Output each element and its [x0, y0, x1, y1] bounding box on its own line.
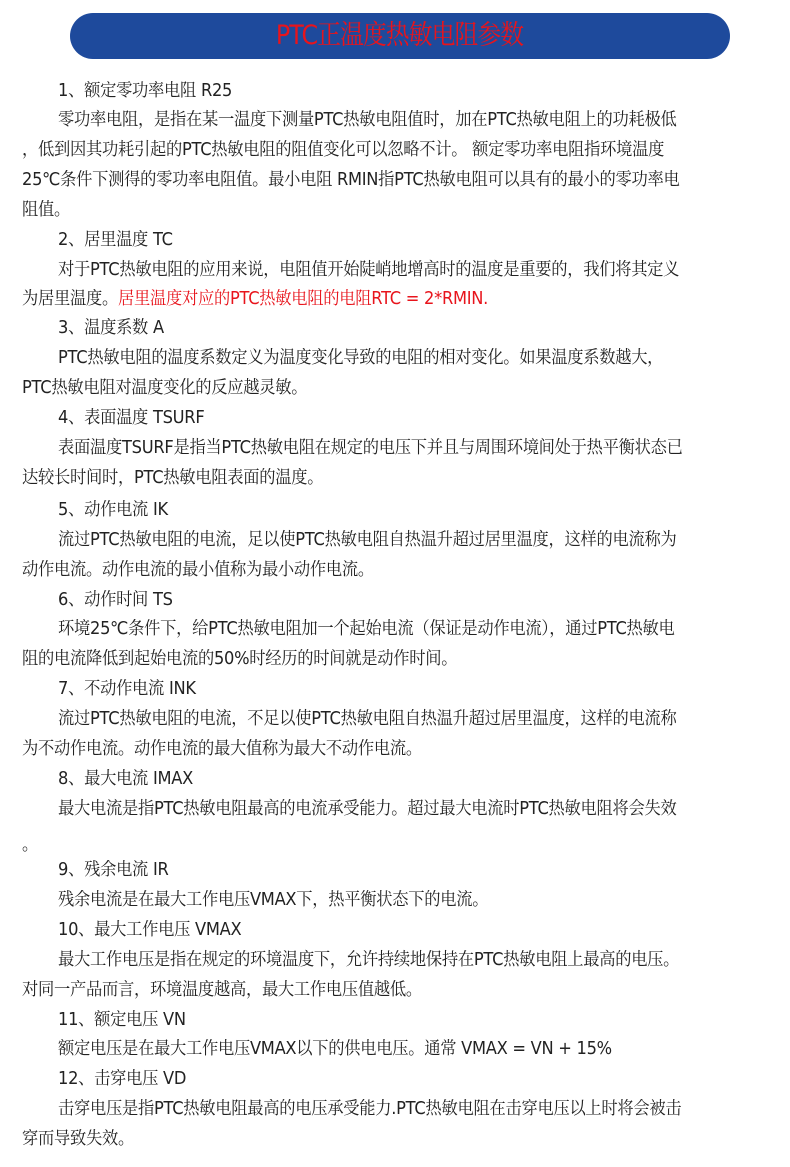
section-body-line: 阻值。 [22, 196, 70, 224]
section-heading-vn: 11、额定电压 VN [58, 1006, 186, 1034]
section-heading-a: 3、温度系数 A [58, 314, 164, 342]
section-heading-ik: 5、动作电流 IK [58, 496, 168, 524]
section-body-line: 达较长时间时，PTC热敏电阻表面的温度。 [22, 464, 323, 492]
section-heading-vd: 12、击穿电压 VD [58, 1065, 186, 1093]
section-body-line: 残余电流是在最大工作电压VMAX下，热平衡状态下的电流。 [58, 886, 488, 914]
section-body-line: PTC热敏电阻对温度变化的反应越灵敏。 [22, 374, 307, 402]
section-body-line: 对同一产品而言，环境温度越高，最大工作电压值越低。 [22, 976, 422, 1004]
section-heading-ir: 9、残余电流 IR [58, 856, 169, 884]
section-body-line: ，低到因其功耗引起的PTC热敏电阻的阻值变化可以忽略不计。 额定零功率电阻指环境… [22, 136, 664, 164]
highlight-text-rtc: 居里温度对应的PTC热敏电阻的电阻RTC = 2*RMIN. [118, 289, 488, 309]
section-heading-ink: 7、不动作电流 INK [58, 675, 196, 703]
section-body-line: 流过PTC热敏电阻的电流，足以使PTC热敏电阻自热温升超过居里温度，这样的电流称… [58, 526, 677, 554]
title-banner: PTC正温度热敏电阻参数 [70, 13, 730, 59]
section-body-line: 对于PTC热敏电阻的应用来说，电阻值开始陡峭地增高时的温度是重要的，我们将其定义 [58, 256, 679, 284]
section-body-line: 穿而导致失效。 [22, 1125, 134, 1153]
section-heading-r25: 1、额定零功率电阻 R25 [58, 77, 232, 105]
section-body-line: 表面温度TSURF是指当PTC热敏电阻在规定的电压下并且与周围环境间处于热平衡状… [58, 434, 683, 462]
section-body-line: 最大电流是指PTC热敏电阻最高的电流承受能力。超过最大电流时PTC热敏电阻将会失… [58, 795, 677, 823]
section-heading-tc: 2、居里温度 TC [58, 226, 173, 254]
section-body-line: 为居里温度。居里温度对应的PTC热敏电阻的电阻RTC = 2*RMIN. [22, 285, 488, 313]
section-body-line: 流过PTC热敏电阻的电流，不足以使PTC热敏电阻自热温升超过居里温度，这样的电流… [58, 705, 677, 733]
section-heading-vmax: 10、最大工作电压 VMAX [58, 916, 241, 944]
section-body-line: 。 [22, 831, 38, 859]
page-title: PTC正温度热敏电阻参数 [276, 13, 523, 59]
section-heading-imax: 8、最大电流 IMAX [58, 765, 193, 793]
section-body-line: 额定电压是在最大工作电压VMAX以下的供电电压。通常 VMAX = VN + 1… [58, 1035, 612, 1063]
section-body-line: PTC热敏电阻的温度系数定义为温度变化导致的电阻的相对变化。如果温度系数越大， [58, 344, 663, 372]
section-body-line: 动作电流。动作电流的最小值称为最小动作电流。 [22, 556, 374, 584]
section-body-line: 25℃条件下测得的零功率电阻值。最小电阻 RMIN指PTC热敏电阻可以具有的最小… [22, 166, 679, 194]
section-body-line: 击穿电压是指PTC热敏电阻最高的电压承受能力.PTC热敏电阻在击穿电压以上时将会… [58, 1095, 681, 1123]
body-text: 为居里温度。 [22, 289, 118, 309]
section-body-line: 阻的电流降低到起始电流的50%时经历的时间就是动作时间。 [22, 645, 457, 673]
section-body-line: 为不动作电流。动作电流的最大值称为最大不动作电流。 [22, 735, 422, 763]
section-body-line: 零功率电阻，是指在某一温度下测量PTC热敏电阻值时，加在PTC热敏电阻上的功耗极… [58, 106, 677, 134]
section-body-line: 环境25℃条件下，给PTC热敏电阻加一个起始电流（保证是动作电流），通过PTC热… [58, 615, 675, 643]
section-body-line: 最大工作电压是指在规定的环境温度下，允许持续地保持在PTC热敏电阻上最高的电压。 [58, 946, 679, 974]
section-heading-ts: 6、动作时间 TS [58, 586, 173, 614]
section-heading-tsurf: 4、表面温度 TSURF [58, 404, 204, 432]
